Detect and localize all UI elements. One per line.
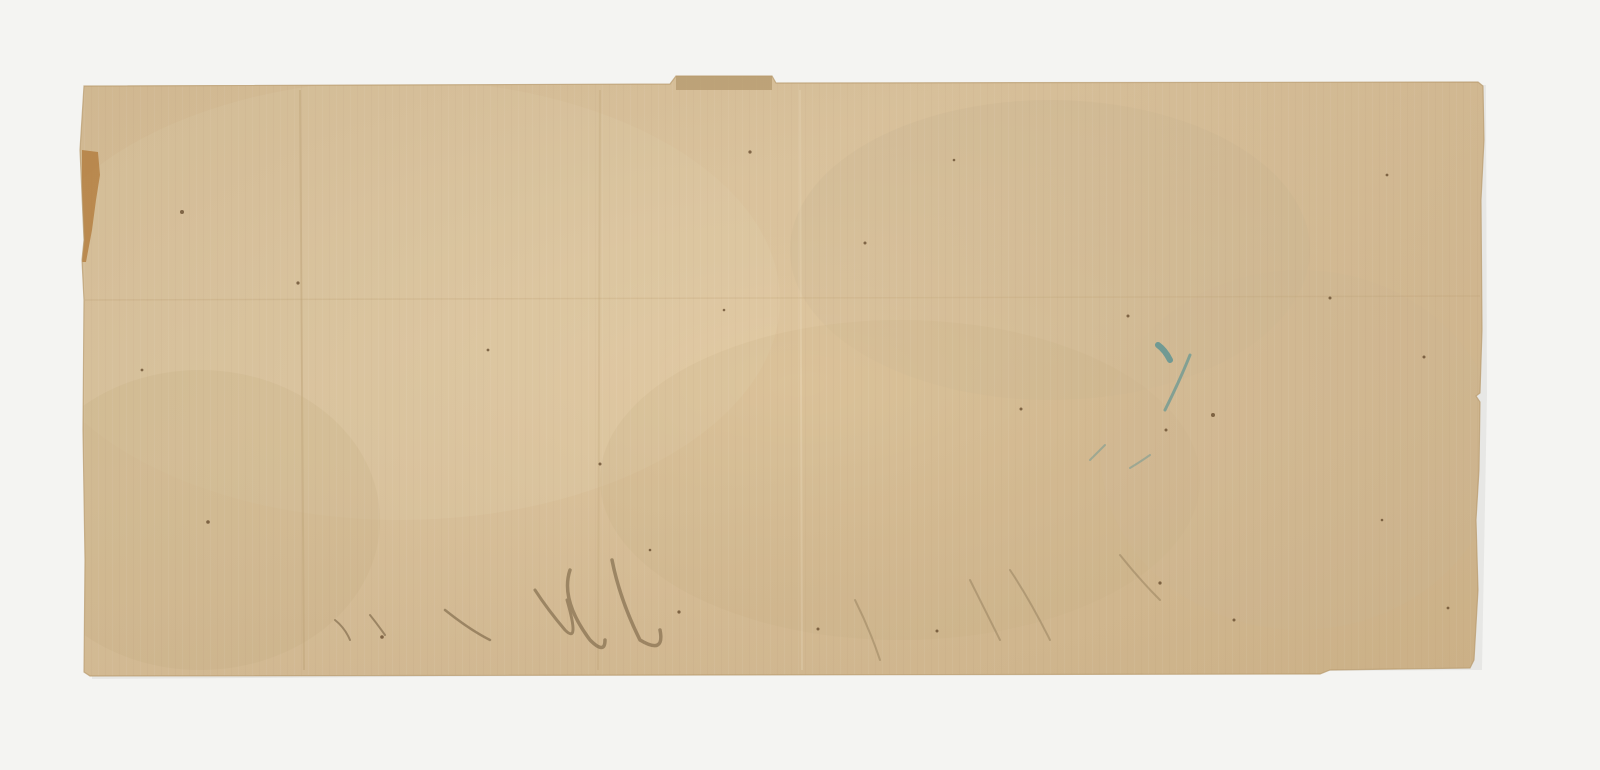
- paper-note-image: [0, 0, 1600, 770]
- photo-scene: [0, 0, 1600, 770]
